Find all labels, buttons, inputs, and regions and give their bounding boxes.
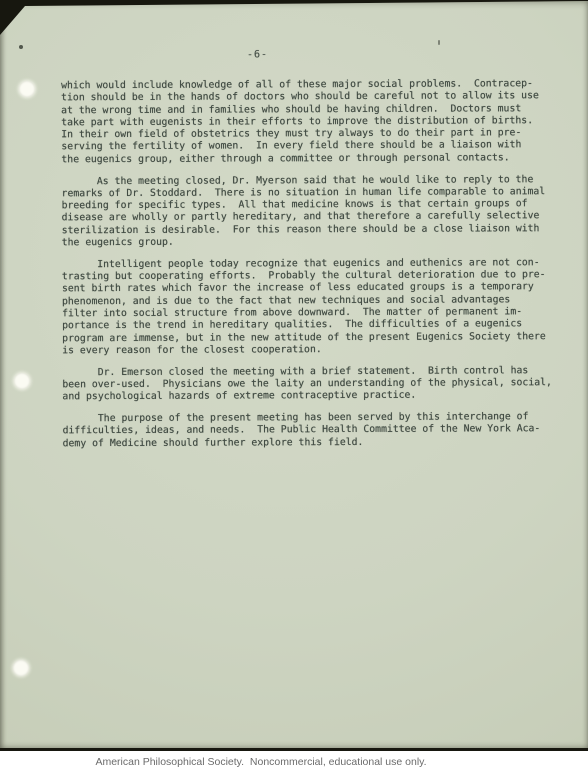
paragraph-emerson-statement: Dr. Emerson closed the meeting with a br… <box>62 365 554 404</box>
punch-hole-top <box>19 81 35 97</box>
scanned-document-page: -6- which would include knowledge of all… <box>0 0 588 772</box>
paragraph-meeting-purpose: The purpose of the present meeting has b… <box>62 411 554 450</box>
punch-hole-bottom <box>13 660 29 676</box>
paragraph-eugenics-euthenics: Intelligent people today recognize that … <box>62 257 554 358</box>
attribution-caption: American Philosophical Society. Noncomme… <box>0 756 522 768</box>
page-number: -6- <box>247 49 268 60</box>
typewritten-content: -6- which would include knowledge of all… <box>0 0 588 753</box>
document-text: which would include knowledge of all of … <box>61 78 555 460</box>
ink-speck-left <box>19 45 23 49</box>
caption-bar: American Philosophical Society. Noncomme… <box>0 751 588 772</box>
paragraph-myerson-reply: As the meeting closed, Dr. Myerson said … <box>61 174 553 250</box>
punch-hole-middle <box>14 373 30 389</box>
paragraph-contraception: which would include knowledge of all of … <box>61 78 553 166</box>
ink-speck-right <box>438 40 440 45</box>
paper-sheet: -6- which would include knowledge of all… <box>0 0 588 751</box>
